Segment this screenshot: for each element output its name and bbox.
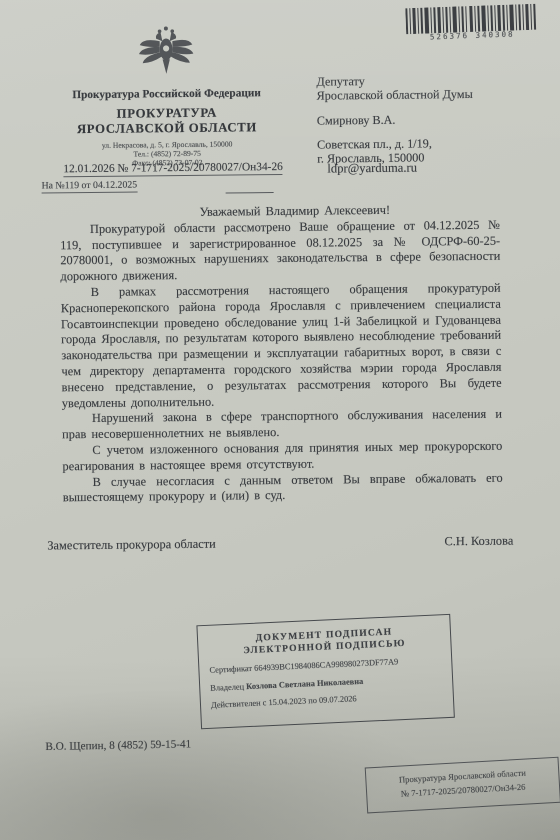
signer-name: С.Н. Козлова — [444, 534, 513, 550]
letterhead-org-name-line2: ЯРОСЛАВСКОЙ ОБЛАСТИ — [32, 119, 302, 136]
electronic-signature-stamp: ДОКУМЕНТ ПОДПИСАН ЭЛЕКТРОННОЙ ПОДПИСЬЮ С… — [196, 614, 454, 729]
recipient-email: ldpr@yarduma.ru — [327, 161, 417, 177]
registration-stamp: Прокуратура Ярославской области № 7-1717… — [365, 757, 560, 814]
coat-of-arms-eagle-icon — [137, 25, 196, 78]
esign-owner-label: Владелец — [210, 682, 244, 693]
recipient-organization: Ярославской областной Думы — [317, 87, 537, 103]
recipient-name: Смирнову В.А. — [317, 112, 537, 128]
esign-certificate-label: Сертификат — [209, 664, 252, 675]
executor-contact: В.О. Щепин, 8 (4852) 59-15-41 — [45, 738, 191, 753]
esign-validity-label: Действителен с — [211, 698, 267, 710]
signature-row: Заместитель прокурора области С.Н. Козло… — [47, 534, 513, 554]
reference-underline-mark — [226, 192, 274, 194]
esign-validity-value: 15.04.2023 по 09.07.2026 — [268, 694, 357, 707]
barcode: 526376 340308 — [401, 4, 542, 43]
letter-sheet: 526376 340308 — [0, 0, 560, 840]
outgoing-reference: 12.01.2026 № 7-1717-2025/20780027/Он34-2… — [63, 161, 283, 177]
esign-owner-value: Козлова Светлана Николаевна — [246, 676, 363, 690]
letter-body: Уважаемый Владимир Алексеевич! Прокурату… — [60, 202, 503, 507]
signer-title: Заместитель прокурора области — [47, 537, 216, 554]
body-paragraph: Нарушений закона в сфере транспортного о… — [62, 407, 502, 443]
body-paragraph: В случае несогласия с данным ответом Вы … — [63, 470, 503, 506]
letterhead: Прокуратура Российской Федерации ПРОКУРА… — [31, 24, 302, 169]
letter-content: 526376 340308 — [0, 0, 560, 840]
letterhead-federation-line: Прокуратура Российской Федерации — [32, 87, 302, 102]
esign-certificate-value: 664939BC1984086CA998980273DF77A9 — [254, 657, 399, 673]
incoming-reference: На №119 от 04.12.2025 — [41, 179, 137, 193]
body-paragraph: Прокуратурой области рассмотрено Ваше об… — [60, 217, 501, 285]
body-paragraph: С учетом изложенного основания для приня… — [62, 439, 502, 475]
body-paragraph: В рамках рассмотрения настоящего обращен… — [61, 281, 502, 412]
